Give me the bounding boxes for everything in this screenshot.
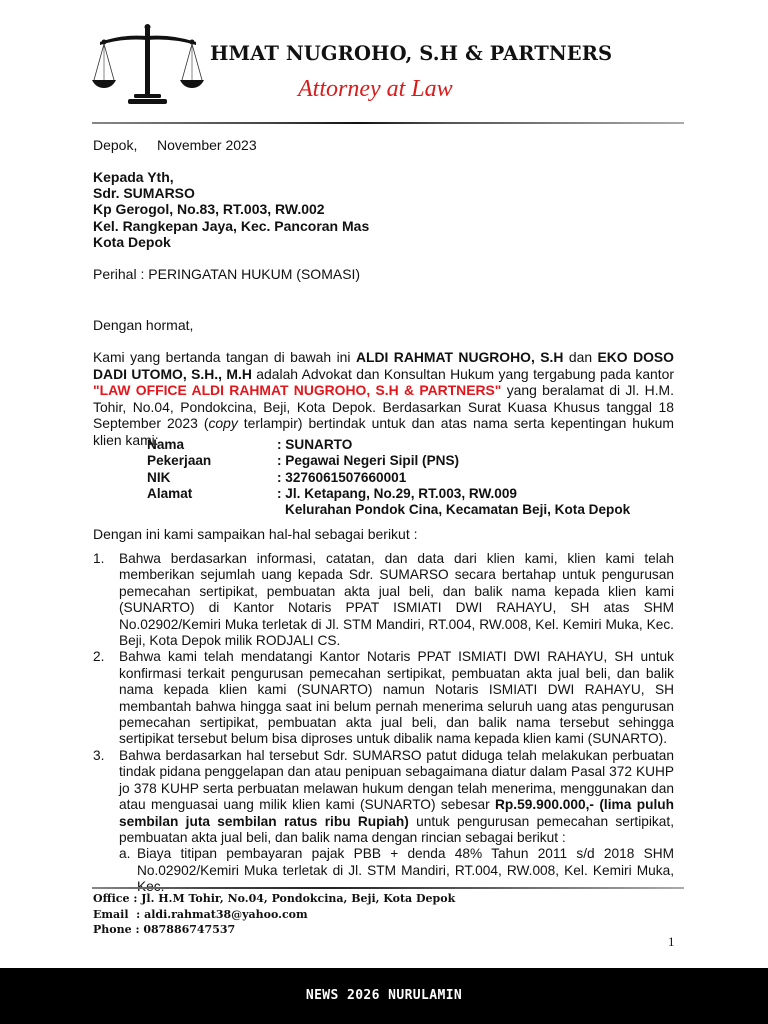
point-item: 2. Bahwa kami telah mendatangi Kantor No… <box>93 649 674 747</box>
footer-value: : Jl. H.M Tohir, No.04, Pondokcina, Beji… <box>130 892 456 905</box>
date-month-year: November 2023 <box>157 137 257 153</box>
point-number: 1. <box>93 551 104 567</box>
recipient-line: Kota Depok <box>93 234 369 250</box>
header-divider <box>92 122 684 124</box>
field-label: Pekerjaan <box>147 453 277 469</box>
point-number: 2. <box>93 649 104 665</box>
point-text: Bahwa berdasarkan informasi, catatan, da… <box>119 551 674 648</box>
field-label: Nama <box>147 437 277 453</box>
firm-tagline: Attorney at Law <box>298 76 453 103</box>
field-value: : Pegawai Negeri Sipil (PNS) <box>277 453 459 469</box>
points-intro: Dengan ini kami sampaikan hal-hal sebaga… <box>93 526 418 543</box>
footer-value: : 087886747537 <box>132 923 236 936</box>
greeting: Dengan hormat, <box>93 317 193 334</box>
subject-line: Perihal : PERINGATAN HUKUM (SOMASI) <box>93 266 360 283</box>
point-number: 3. <box>93 748 104 764</box>
field-label: Alamat <box>147 486 277 502</box>
footer-label: Email <box>93 907 129 923</box>
opening-paragraph: Kami yang bertanda tangan di bawah ini A… <box>93 349 674 448</box>
letter-date: Depok,November 2023 <box>93 137 257 154</box>
recipient-block: Kepada Yth, Sdr. SUMARSO Kp Gerogol, No.… <box>93 169 369 250</box>
footer-contact: Office : Jl. H.M Tohir, No.04, Pondokcin… <box>93 891 455 938</box>
client-details: Nama: SUNARTO Pekerjaan: Pegawai Negeri … <box>147 437 630 518</box>
law-office-name: "LAW OFFICE ALDI RAHMAT NUGROHO, S.H & P… <box>93 382 501 398</box>
field-value: : SUNARTO <box>277 437 352 453</box>
subject-label: Perihal <box>93 266 137 282</box>
date-city: Depok, <box>93 137 157 154</box>
footer-divider <box>92 887 684 889</box>
footer-phone: Phone : 087886747537 <box>93 922 455 938</box>
firm-name-text: HMAT NUGROHO, S.H & PARTNERS <box>210 42 612 65</box>
recipient-line: Sdr. SUMARSO <box>93 185 369 201</box>
sub-point-letter: a. <box>119 846 130 862</box>
footer-email: Email : aldi.rahmat38@yahoo.com <box>93 907 455 923</box>
field-value: : 3276061507660001 <box>277 470 406 486</box>
watermark-banner: NEWS 2026 NURULAMIN <box>0 968 768 1024</box>
client-address-continuation: Kelurahan Pondok Cina, Kecamatan Beji, K… <box>147 502 630 518</box>
recipient-line: Kepada Yth, <box>93 169 369 185</box>
opening-text: adalah Advokat dan Konsultan Hukum yang … <box>252 366 674 382</box>
point-text: Bahwa kami telah mendatangi Kantor Notar… <box>119 649 674 746</box>
field-value: : Jl. Ketapang, No.29, RT.003, RW.009 <box>277 486 517 502</box>
footer-value: : aldi.rahmat38@yahoo.com <box>129 908 308 921</box>
subject-separator: : <box>137 266 149 282</box>
client-field-occupation: Pekerjaan: Pegawai Negeri Sipil (PNS) <box>147 453 630 469</box>
opening-text: Kami yang bertanda tangan di bawah ini <box>93 349 356 365</box>
letter-page: HMAT NUGROHO, S.H & PARTNERS Attorney at… <box>0 0 768 968</box>
banner-text: NEWS 2026 NURULAMIN <box>0 988 768 1003</box>
point-item: 3. Bahwa berdasarkan hal tersebut Sdr. S… <box>93 748 674 896</box>
opening-text: dan <box>563 349 597 365</box>
copy-italic: copy <box>208 415 237 431</box>
points-list: 1. Bahwa berdasarkan informasi, catatan,… <box>93 551 674 896</box>
client-field-name: Nama: SUNARTO <box>147 437 630 453</box>
client-field-nik: NIK: 3276061507660001 <box>147 470 630 486</box>
footer-label: Office <box>93 891 130 907</box>
advocate-name-1: ALDI RAHMAT NUGROHO, S.H <box>356 349 563 365</box>
field-label: NIK <box>147 470 277 486</box>
recipient-line: Kp Gerogol, No.83, RT.003, RW.002 <box>93 201 369 217</box>
client-field-address: Alamat: Jl. Ketapang, No.29, RT.003, RW.… <box>147 486 630 502</box>
footer-office: Office : Jl. H.M Tohir, No.04, Pondokcin… <box>93 891 455 907</box>
page-number: 1 <box>668 934 675 950</box>
footer-label: Phone <box>93 922 132 938</box>
recipient-line: Kel. Rangkepan Jaya, Kec. Pancoran Mas <box>93 218 369 234</box>
point-item: 1. Bahwa berdasarkan informasi, catatan,… <box>93 551 674 649</box>
scales-of-justice-icon <box>92 22 204 108</box>
subject-value: PERINGATAN HUKUM (SOMASI) <box>148 266 360 282</box>
